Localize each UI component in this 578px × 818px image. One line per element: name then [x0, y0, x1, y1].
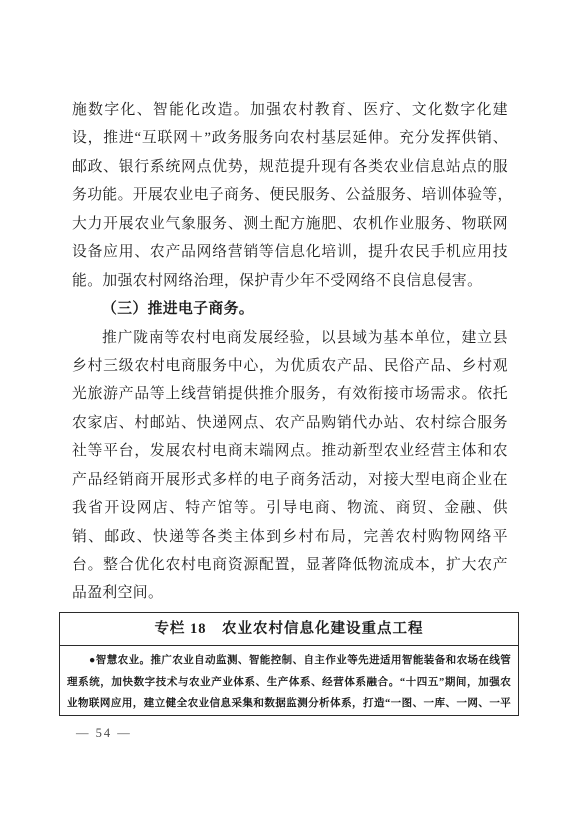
- feature-column-box: 专栏 18 农业农村信息化建设重点工程 ●智慧农业。推广农业自动监测、智能控制、…: [59, 612, 519, 716]
- text-line: 能。加强农村网络治理，保护青少年不受网络不良信息侵害。: [72, 267, 508, 295]
- text-line: 销、邮政、快递等各类主体到乡村布局，完善农村购物网络平: [72, 523, 508, 551]
- text-line: 务功能。开展农业电子商务、便民服务、公益服务、培训体验等，: [72, 181, 508, 209]
- text-line: 大力开展农业气象服务、测土配方施肥、农机作业服务、物联网: [72, 210, 508, 238]
- text-line: 我省开设网店、特产馆等。引导电商、物流、商贸、金融、供: [72, 494, 508, 522]
- text-line: 推广陇南等农村电商发展经验，以县域为基本单位，建立县: [72, 324, 508, 352]
- text-line: 社等平台，发展农村电商末端网点。推动新型农业经营主体和农: [72, 437, 508, 465]
- box-text-line: 业物联网应用，建立健全农业信息采集和数据监测分析体系，打造“一图、一库、一网、一…: [67, 693, 511, 715]
- body-text-column: 施数字化、智能化改造。加强农村教育、医疗、文化数字化建 设，推进“互联网＋”政务…: [72, 96, 508, 608]
- text-line: 邮政、银行系统网点优势，规范提升现有各类农业信息站点的服: [72, 153, 508, 181]
- feature-column-box-body: ●智慧农业。推广农业自动监测、智能控制、自主作业等先进适用智能装备和农场在线管 …: [60, 646, 518, 715]
- box-text-line: ●智慧农业。推广农业自动监测、智能控制、自主作业等先进适用智能装备和农场在线管: [67, 650, 511, 672]
- text-line: 农家店、村邮站、快递网点、农产品购销代办站、农村综合服务: [72, 409, 508, 437]
- text-line: 品盈利空间。: [72, 579, 508, 607]
- text-line: 施数字化、智能化改造。加强农村教育、医疗、文化数字化建: [72, 96, 508, 124]
- section-heading: （三）推进电子商务。: [72, 295, 508, 323]
- text-line: 台。整合优化农村电商资源配置，显著降低物流成本，扩大农产: [72, 551, 508, 579]
- text-line: 设备应用、农产品网络营销等信息化培训，提升农民手机应用技: [72, 238, 508, 266]
- text-line: 乡村三级农村电商服务中心，为优质农产品、民俗产品、乡村观: [72, 352, 508, 380]
- text-line: 产品经销商开展形式多样的电子商务活动，对接大型电商企业在: [72, 466, 508, 494]
- text-line: 设，推进“互联网＋”政务服务向农村基层延伸。充分发挥供销、: [72, 124, 508, 152]
- page-number: — 54 —: [76, 726, 132, 741]
- document-page: 施数字化、智能化改造。加强农村教育、医疗、文化数字化建 设，推进“互联网＋”政务…: [0, 0, 578, 818]
- box-text-line: 理系统，加快数字技术与农业产业体系、生产体系、经营体系融合。“十四五”期间，加强…: [67, 672, 511, 694]
- text-line: 光旅游产品等上线营销提供推介服务，有效衔接市场需求。依托: [72, 380, 508, 408]
- feature-column-box-title: 专栏 18 农业农村信息化建设重点工程: [60, 613, 518, 646]
